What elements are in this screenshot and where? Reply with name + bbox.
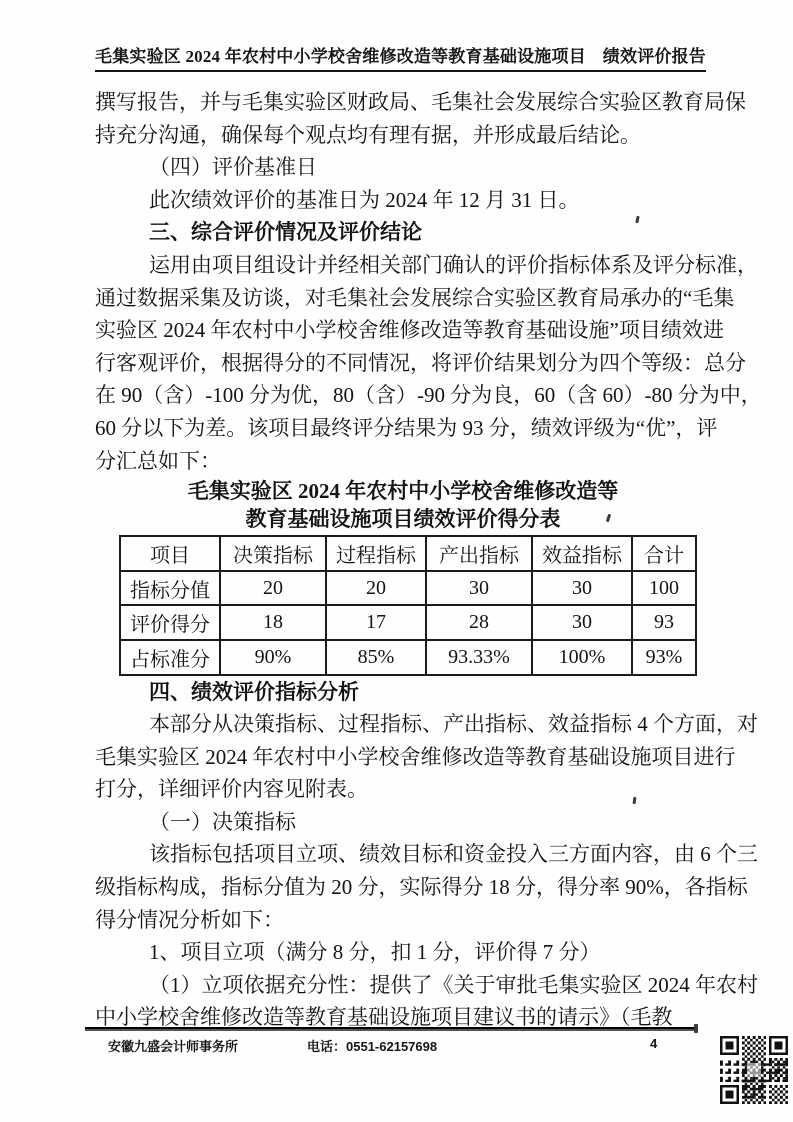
table-cell: 17 [326,605,426,640]
table-cell: 93% [632,640,696,675]
body-line: 60 分以下为差。该项目最终评分结果为 93 分，绩效评级为“优”，评 [95,412,711,445]
table-row: 评价得分 18 17 28 30 93 [120,605,696,640]
table-cell: 93 [632,605,696,640]
qr-code-image [720,1036,788,1104]
table-header-cell: 决策指标 [220,536,326,571]
body-line: 此次绩效评价的基准日为 2024 年 12 月 31 日。 [95,184,711,217]
table-cell: 20 [220,571,326,606]
section-heading-4: 四、绩效评价指标分析 [95,676,711,709]
body-line: 运用由项目组设计并经相关部门确认的评价指标体系及评分标准， [95,249,711,282]
body-line: 得分情况分析如下： [95,904,711,937]
table-cell: 占标准分 [120,640,220,675]
table-cell: 18 [220,605,326,640]
body-line: 打分，详细评价内容见附表。 [95,773,711,806]
table-header-cell: 合计 [632,536,696,571]
table-header-cell: 效益指标 [532,536,632,571]
qr-finder-bottom-left [720,1085,739,1104]
table-cell: 85% [326,640,426,675]
table-title-line: 毛集实验区 2024 年农村中小学校舍维修改造等 [95,477,711,505]
page-header: 毛集实验区 2024 年农村中小学校舍维修改造等教育基础设施项目 绩效评价报告 [95,42,706,72]
qr-code [720,1036,788,1104]
list-item-heading: 1、项目立项（满分 8 分，扣 1 分，评价得 7 分） [95,936,711,969]
footer-phone: 电话：0551-62157698 [307,1036,437,1055]
table-cell: 30 [532,605,632,640]
body-line: 撰写报告，并与毛集实验区财政局、毛集社会发展综合实验区教育局保 [95,86,711,119]
body-line: 级指标构成，指标分值为 20 分，实际得分 18 分，得分率 90%，各指标 [95,871,711,904]
page-footer: 安徽九盛会计师事务所 电话：0551-62157698 4 [0,1036,793,1058]
table-cell: 评价得分 [120,605,220,640]
table-cell: 30 [532,571,632,606]
body-text: 撰写报告，并与毛集实验区财政局、毛集社会发展综合实验区教育局保 持充分沟通，确保… [95,86,711,1034]
score-table: 项目 决策指标 过程指标 产出指标 效益指标 合计 指标分值 20 20 30 … [119,535,697,675]
qr-finder-top-left [720,1036,739,1055]
subsection-heading-4: （四）评价基准日 [95,151,711,184]
table-header-cell: 产出指标 [426,536,532,571]
table-cell: 28 [426,605,532,640]
table-row: 指标分值 20 20 30 30 100 [120,571,696,606]
qr-finder-top-right [769,1036,788,1055]
body-line: 在 90（含）-100 分为优，80（含）-90 分为良，60（含 60）-80… [95,379,711,412]
body-line: 持充分沟通，确保每个观点均有理有据，并形成最后结论。 [95,119,711,152]
footer-company-name: 安徽九盛会计师事务所 [108,1036,238,1055]
table-cell: 90% [220,640,326,675]
table-cell: 93.33% [426,640,532,675]
body-line: 该指标包括项目立项、绩效目标和资金投入三方面内容，由 6 个三 [95,838,711,871]
subsection-heading-1: （一）决策指标 [95,806,711,839]
table-cell: 20 [326,571,426,606]
table-cell: 30 [426,571,532,606]
body-line: 实验区 2024 年农村中小学校舍维修改造等教育基础设施”项目绩效进 [95,314,711,347]
table-cell: 100% [532,640,632,675]
document-page: 毛集实验区 2024 年农村中小学校舍维修改造等教育基础设施项目 绩效评价报告 … [0,0,793,1122]
body-line: 毛集实验区 2024 年农村中小学校舍维修改造等教育基础设施项目进行 [95,741,711,774]
table-header-cell: 项目 [120,536,220,571]
body-line: （1）立项依据充分性：提供了《关于审批毛集实验区 2024 年农村 [95,969,711,1002]
header-report-label: 绩效评价报告 [603,42,706,67]
body-line: 通过数据采集及访谈，对毛集社会发展综合实验区教育局承办的“毛集 [95,282,711,315]
footer-divider [85,1027,697,1031]
header-project-title: 毛集实验区 2024 年农村中小学校舍维修改造等教育基础设施项目 [95,42,586,67]
body-line: 本部分从决策指标、过程指标、产出指标、效益指标 4 个方面，对 [95,708,711,741]
scan-noise-mark [694,1024,698,1033]
body-line: 分汇总如下： [95,445,711,478]
table-title-line: 教育基础设施项目绩效评价得分表 [95,505,711,533]
section-heading-3: 三、综合评价情况及评价结论 [95,216,711,249]
table-row: 占标准分 90% 85% 93.33% 100% 93% [120,640,696,675]
table-cell: 100 [632,571,696,606]
body-line: 行客观评价，根据得分的不同情况，将评价结果划分为四个等级：总分 [95,347,711,380]
table-header-row: 项目 决策指标 过程指标 产出指标 效益指标 合计 [120,536,696,571]
table-cell: 指标分值 [120,571,220,606]
table-header-cell: 过程指标 [326,536,426,571]
page-number: 4 [650,1036,657,1051]
